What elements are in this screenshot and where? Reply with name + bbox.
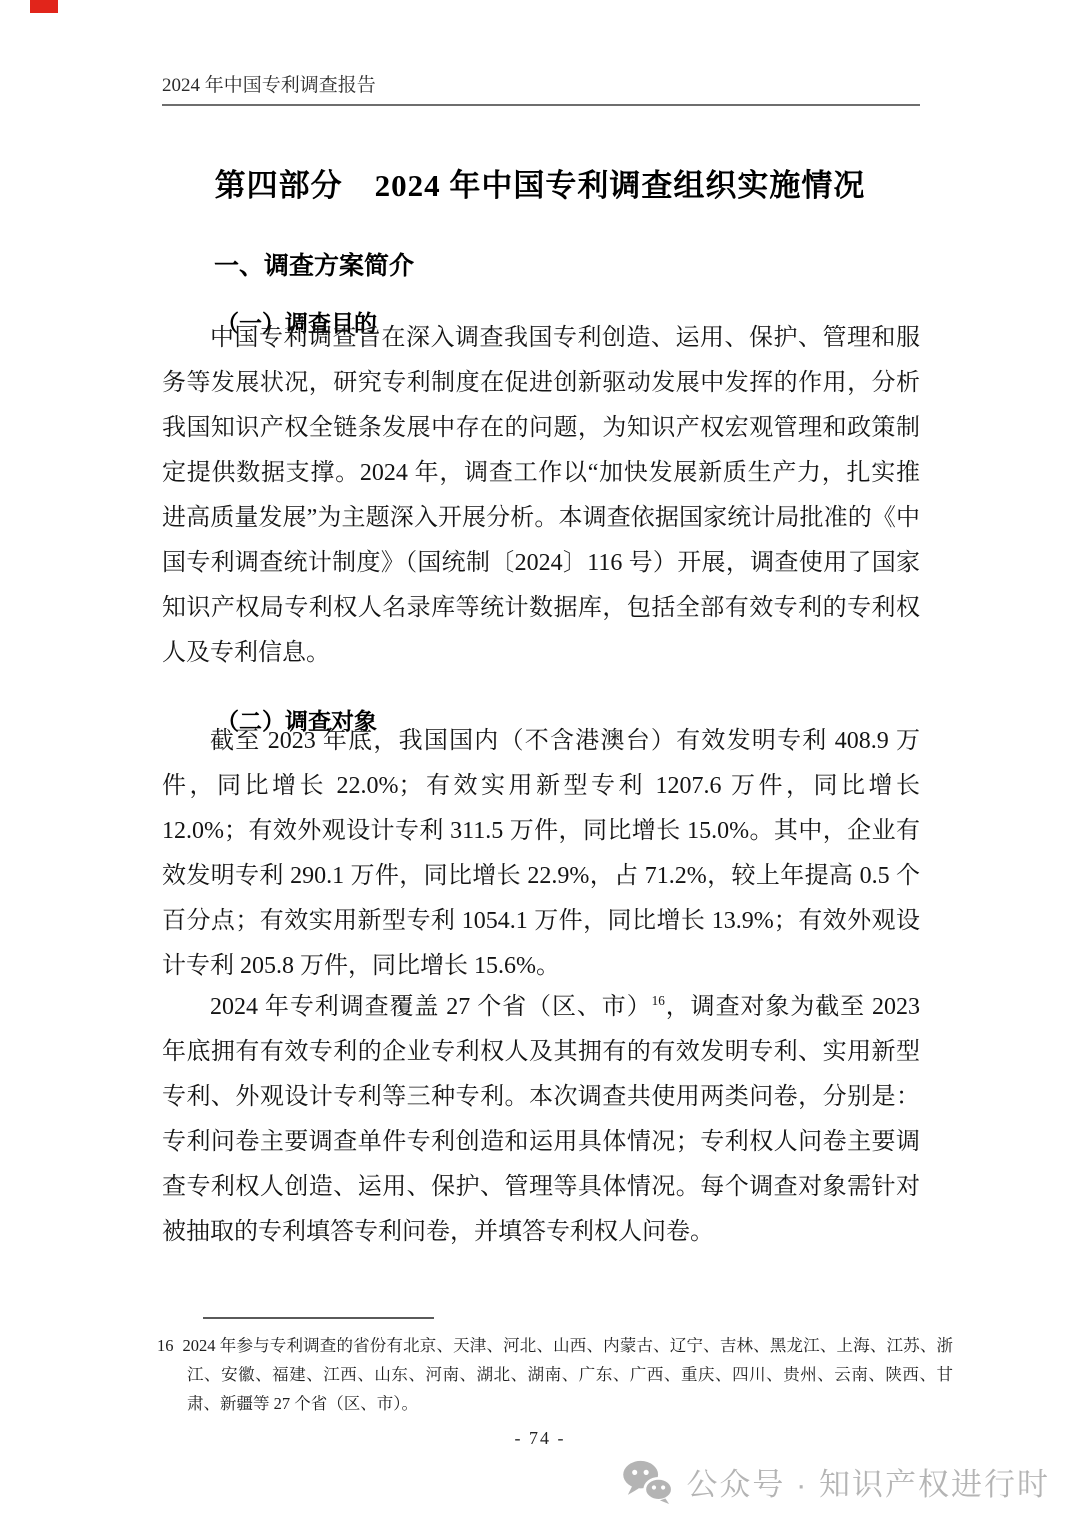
paragraph-text: 2024 年专利调查覆盖 27 个省（区、市） bbox=[210, 994, 652, 1020]
footnote: 162024 年参与专利调查的省份有北京、天津、河北、山西、内蒙古、辽宁、吉林、… bbox=[157, 1331, 953, 1418]
document-page: 2024 年中国专利调查报告 第四部分 2024 年中国专利调查组织实施情况 一… bbox=[0, 0, 1080, 1527]
footnote-separator bbox=[203, 1317, 434, 1319]
wechat-icon bbox=[622, 1460, 674, 1504]
paragraph-text: ，调查对象为截至 2023 年底拥有有效专利的企业专利权人及其拥有的有效发明专利… bbox=[162, 994, 920, 1245]
paragraph-survey-coverage: 2024 年专利调查覆盖 27 个省（区、市）16，调查对象为截至 2023 年… bbox=[162, 985, 920, 1255]
paragraph-patent-statistics: 截至 2023 年底，我国国内（不含港澳台）有效发明专利 408.9 万件，同比… bbox=[162, 719, 920, 989]
watermark-text: 公众号 · 知识产权进行时 bbox=[686, 1459, 1050, 1504]
section-heading: 一、调查方案简介 bbox=[214, 246, 414, 282]
footnote-reference: 16 bbox=[652, 993, 665, 1008]
page-number: - 74 - bbox=[0, 1428, 1080, 1449]
footnote-text: 2024 年参与专利调查的省份有北京、天津、河北、山西、内蒙古、辽宁、吉林、黑龙… bbox=[183, 1336, 954, 1413]
running-header: 2024 年中国专利调查报告 bbox=[162, 70, 920, 106]
page-title: 第四部分 2024 年中国专利调查组织实施情况 bbox=[80, 160, 1000, 205]
paragraph-survey-purpose: 中国专利调查旨在深入调查我国专利创造、运用、保护、管理和服务等发展状况，研究专利… bbox=[162, 316, 920, 676]
corner-red-marker bbox=[30, 0, 58, 13]
footnote-number: 16 bbox=[157, 1336, 174, 1355]
watermark: 公众号 · 知识产权进行时 bbox=[622, 1459, 1050, 1504]
